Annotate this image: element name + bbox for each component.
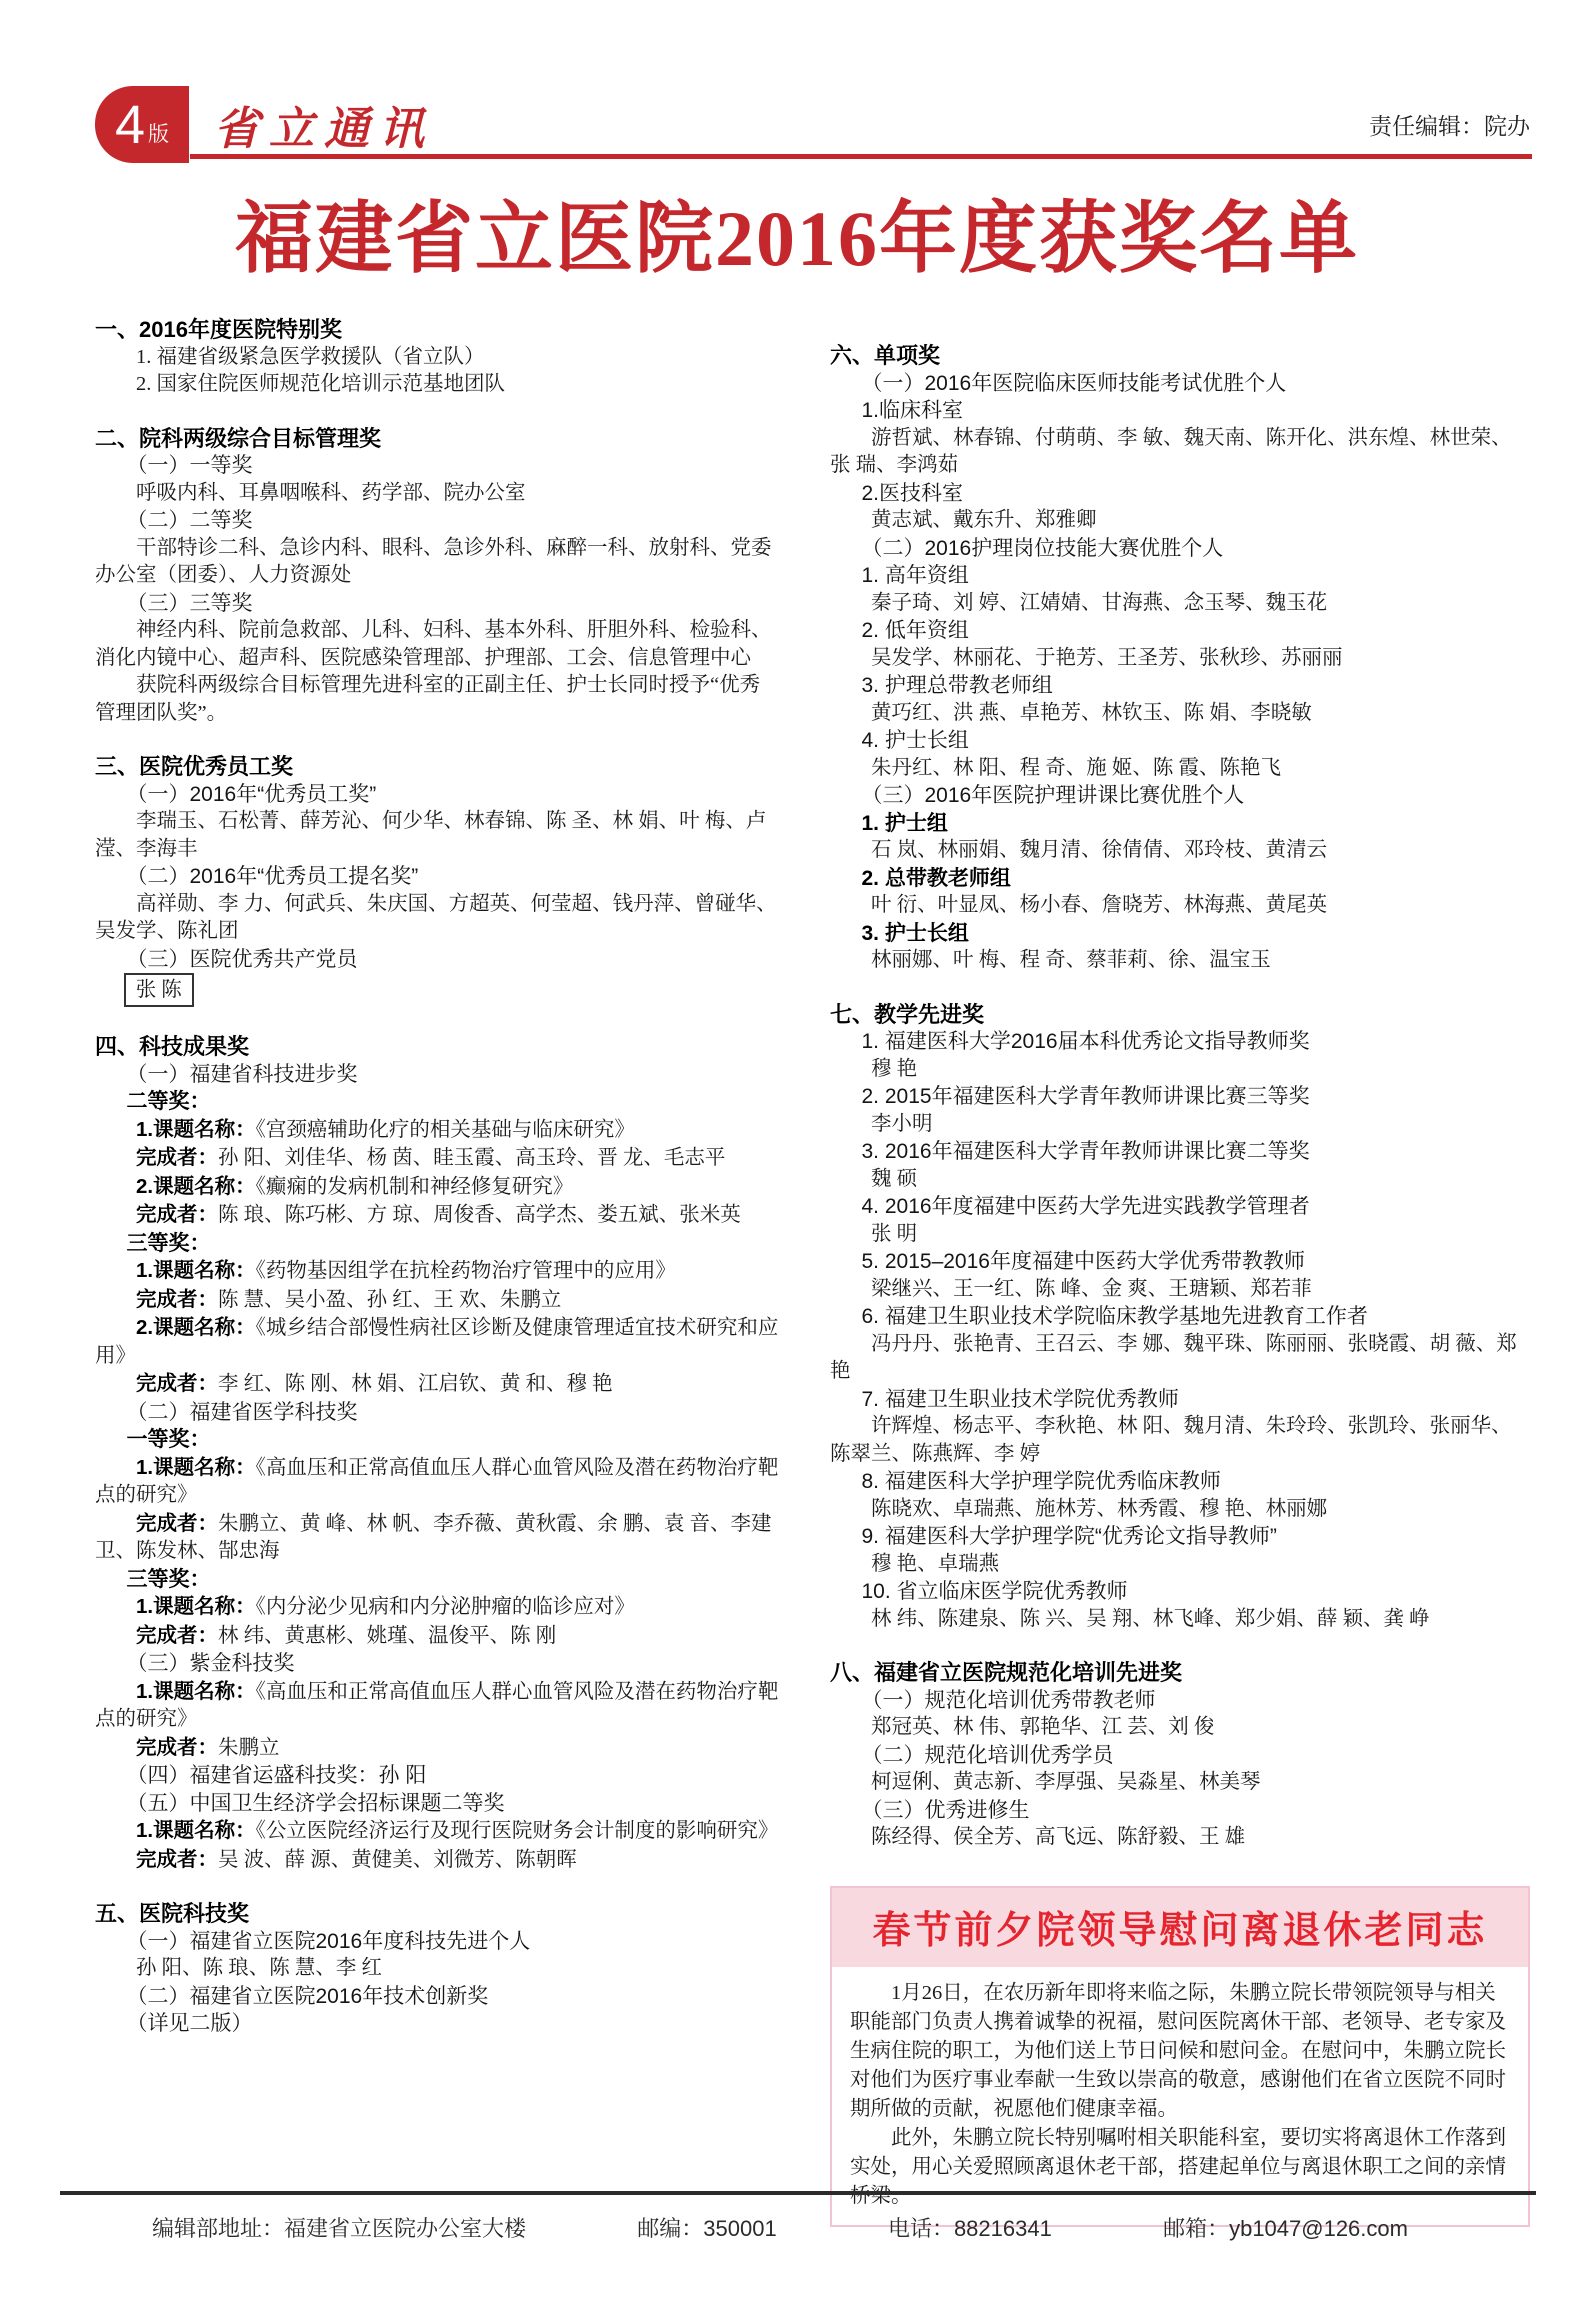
line-label: 2.课题名称：	[136, 1175, 256, 1198]
sub-heading: （三）医院优秀共产党员	[95, 946, 780, 974]
sub-heading: 1. 福建医科大学2016届本科优秀论文指导教师奖	[830, 1028, 1530, 1056]
sub-heading: （二）福建省医学科技奖	[95, 1399, 780, 1427]
names-line: 1. 福建省级紧急医学救援队（省立队）	[95, 344, 780, 372]
sub-heading: （一）规范化培训优秀带教老师	[830, 1687, 1530, 1715]
sub-heading: 1. 高年资组	[830, 562, 1530, 590]
right-column: 六、单项奖（一）2016年医院临床医师技能考试优胜个人1.临床科室游哲斌、林春锦…	[830, 316, 1530, 2227]
footer-rule	[60, 2191, 1536, 2195]
sub-heading: （五）中国卫生经济学会招标课题二等奖	[95, 1790, 780, 1818]
line-label: 完成者：	[136, 1146, 218, 1169]
sub-heading-bold: 3. 护士长组	[830, 920, 1530, 948]
notice-paragraph: 1月26日，在农历新年即将来临之际，朱鹏立院长带领院领导与相关职能部门负责人携着…	[850, 1979, 1510, 2124]
notice-box: 春节前夕院领导慰问离退休老同志 1月26日，在农历新年即将来临之际，朱鹏立院长带…	[830, 1886, 1530, 2227]
sub-heading: 8. 福建医科大学护理学院优秀临床教师	[830, 1468, 1530, 1496]
names-line: 李小明	[830, 1111, 1530, 1139]
section-heading: 一、2016年度医院特别奖	[95, 316, 780, 344]
sub-heading: 6. 福建卫生职业技术学院临床教学基地先进教育工作者	[830, 1303, 1530, 1331]
line-label: 完成者：	[136, 1848, 218, 1871]
names-line: 石 岚、林丽娟、魏月清、徐倩倩、邓玲枝、黄清云	[830, 837, 1530, 865]
names-line: 呼吸内科、耳鼻咽喉科、药学部、院办公室	[95, 480, 780, 508]
names-line: 干部特诊二科、急诊内科、眼科、急诊外科、麻醉一科、放射科、党委办公室（团委）、人…	[95, 535, 780, 590]
sub-heading-bold: 二等奖：	[95, 1088, 780, 1116]
line-label: 1.课题名称：	[136, 1680, 256, 1703]
page-header: 4 版 省立通讯 责任编辑：院办	[0, 0, 1594, 164]
names-line: 朱丹红、林 阳、程 奇、施 姬、陈 霞、陈艳飞	[830, 755, 1530, 783]
content-columns: 一、2016年度医院特别奖1. 福建省级紧急医学救援队（省立队）2. 国家住院医…	[0, 316, 1594, 2227]
names-line: 梁继兴、王一红、陈 峰、金 爽、王瑭颖、郑若菲	[830, 1276, 1530, 1304]
footer-phone: 电话：88216341	[888, 2212, 1052, 2243]
sub-heading: 2.医技科室	[830, 480, 1530, 508]
names-line: 2. 国家住院医师规范化培训示范基地团队	[95, 371, 780, 399]
page-number: 4	[115, 98, 145, 152]
names-line: 叶 衍、叶显凤、杨小春、詹晓芳、林海燕、黄尾英	[830, 892, 1530, 920]
boxed-name: 张 陈	[124, 973, 194, 1007]
names-line: 完成者：孙 阳、刘佳华、杨 茵、眭玉霞、高玉玲、晋 龙、毛志平	[95, 1144, 780, 1173]
sub-heading: （一）福建省立医院2016年度科技先进个人	[95, 1928, 780, 1956]
line-label: 完成者：	[136, 1288, 218, 1311]
sub-heading-bold: 2. 总带教老师组	[830, 865, 1530, 893]
line-label: 2.课题名称：	[136, 1316, 256, 1339]
sub-heading: 10. 省立临床医学院优秀教师	[830, 1578, 1530, 1606]
names-line: 柯逗俐、黄志新、李厚强、吴淼星、林美琴	[830, 1769, 1530, 1797]
names-line: 游哲斌、林春锦、付萌萌、李 敏、魏天南、陈开化、洪东煌、林世荣、张 瑞、李鸿茹	[830, 425, 1530, 480]
sub-heading: （一）福建省科技进步奖	[95, 1061, 780, 1089]
names-line: 黄志斌、戴东升、郑雅卿	[830, 507, 1530, 535]
names-line: 陈晓欢、卓瑞燕、施林芳、林秀霞、穆 艳、林丽娜	[830, 1496, 1530, 1524]
section-heading: 三、医院优秀员工奖	[95, 753, 780, 781]
sub-heading: （三）2016年医院护理讲课比赛优胜个人	[830, 782, 1530, 810]
names-line: 1.课题名称：《宫颈癌辅助化疗的相关基础与临床研究》	[95, 1116, 780, 1145]
line-label: 完成者：	[136, 1624, 218, 1647]
line-label: 1.课题名称：	[136, 1118, 256, 1141]
names-line: 孙 阳、陈 琅、陈 慧、李 红	[95, 1955, 780, 1983]
section-heading: 八、福建省立医院规范化培训先进奖	[830, 1659, 1530, 1687]
sub-heading: 3. 2016年福建医科大学青年教师讲课比赛二等奖	[830, 1138, 1530, 1166]
sub-heading: 4. 2016年度福建中医药大学先进实践教学管理者	[830, 1193, 1530, 1221]
section-heading: 七、教学先进奖	[830, 1001, 1530, 1029]
sub-heading: （三）优秀进修生	[830, 1797, 1530, 1825]
footer-email: 邮箱：yb1047@126.com	[1163, 2212, 1408, 2243]
names-line: 获院科两级综合目标管理先进科室的正副主任、护士长同时授予“优秀管理团队奖”。	[95, 672, 780, 727]
names-line: 完成者：陈 慧、吴小盈、孙 红、王 欢、朱鹏立	[95, 1286, 780, 1315]
sub-heading: 2. 低年资组	[830, 617, 1530, 645]
names-line: 许辉煌、杨志平、李秋艳、林 阳、魏月清、朱玲玲、张凯玲、张丽华、陈翠兰、陈燕辉、…	[830, 1413, 1530, 1468]
names-line: 冯丹丹、张艳青、王召云、李 娜、魏平珠、陈丽丽、张晓霞、胡 薇、郑 艳	[830, 1331, 1530, 1386]
names-line: 神经内科、院前急救部、儿科、妇科、基本外科、肝胆外科、检验科、消化内镜中心、超声…	[95, 617, 780, 672]
editor-note: 责任编辑：院办	[1369, 108, 1530, 141]
masthead-logo: 省立通讯	[214, 92, 434, 157]
page-title: 福建省立医院2016年度获奖名单	[0, 176, 1594, 288]
section-heading: 二、院科两级综合目标管理奖	[95, 425, 780, 453]
boxed-name-line: 张 陈	[95, 973, 780, 1007]
notice-title: 春节前夕院领导慰问离退休老同志	[832, 1899, 1528, 1954]
footer-postcode: 邮编：350001	[637, 2212, 776, 2243]
sub-heading-bold: 三等奖：	[95, 1566, 780, 1594]
sub-heading: （三）紫金科技奖	[95, 1650, 780, 1678]
names-line: 2.课题名称：《癫痫的发病机制和神经修复研究》	[95, 1173, 780, 1202]
names-line: 1.课题名称：《公立医院经济运行及现行医院财务会计制度的影响研究》	[95, 1817, 780, 1846]
line-label: 完成者：	[136, 1203, 218, 1226]
names-line: 林 纬、陈建泉、陈 兴、吴 翔、林飞峰、郑少娟、薛 颖、龚 峥	[830, 1606, 1530, 1634]
names-line: 完成者：李 红、陈 刚、林 娟、江启钦、黄 和、穆 艳	[95, 1370, 780, 1399]
sub-heading: （二）2016护理岗位技能大赛优胜个人	[830, 535, 1530, 563]
footer-address: 编辑部地址：福建省立医院办公室大楼	[152, 2212, 526, 2243]
sub-heading: （二）规范化培训优秀学员	[830, 1742, 1530, 1770]
notice-paragraph: 此外，朱鹏立院长特别嘱咐相关职能科室，要切实将离退休工作落到实处，用心关爱照顾离…	[850, 2124, 1510, 2211]
names-line: 李瑞玉、石松菁、薛芳沁、何少华、林春锦、陈 圣、林 娟、叶 梅、卢 滢、李海丰	[95, 808, 780, 863]
sub-heading: （二）二等奖	[95, 507, 780, 535]
names-line: 高祥勋、李 力、何武兵、朱庆国、方超英、何莹超、钱丹萍、曾碰华、吴发学、陈礼团	[95, 891, 780, 946]
line-label: 完成者：	[136, 1372, 218, 1395]
names-line: 完成者：吴 波、薛 源、黄健美、刘微芳、陈朝晖	[95, 1846, 780, 1875]
names-line: 1.课题名称：《高血压和正常高值血压人群心血管风险及潜在药物治疗靶点的研究》	[95, 1678, 780, 1734]
sub-heading: 4. 护士长组	[830, 727, 1530, 755]
newspaper-page: 4 版 省立通讯 责任编辑：院办 福建省立医院2016年度获奖名单 一、2016…	[0, 0, 1594, 2303]
notice-body: 1月26日，在农历新年即将来临之际，朱鹏立院长带领院领导与相关职能部门负责人携着…	[832, 1967, 1528, 2225]
sub-heading: 9. 福建医科大学护理学院“优秀论文指导教师”	[830, 1523, 1530, 1551]
line-label: 完成者：	[136, 1512, 218, 1535]
names-line: 完成者：林 纬、黄惠彬、姚瑾、温俊平、陈 刚	[95, 1622, 780, 1651]
section-heading: 六、单项奖	[830, 342, 1530, 370]
sub-heading: 7. 福建卫生职业技术学院优秀教师	[830, 1386, 1530, 1414]
sub-heading: 3. 护理总带教老师组	[830, 672, 1530, 700]
sub-heading: （三）三等奖	[95, 590, 780, 618]
sub-heading-bold: 1. 护士组	[830, 810, 1530, 838]
names-line: 黄巧红、洪 燕、卓艳芳、林钦玉、陈 娟、李晓敏	[830, 700, 1530, 728]
sub-heading: （一）2016年“优秀员工奖”	[95, 781, 780, 809]
line-label: 1.课题名称：	[136, 1595, 256, 1618]
page-number-badge: 4 版	[95, 86, 189, 163]
names-line: 完成者：陈 琅、陈巧彬、方 琼、周俊香、高学杰、娄五斌、张米英	[95, 1201, 780, 1230]
names-line: 陈经得、侯全芳、高飞远、陈舒毅、王 雄	[830, 1824, 1530, 1852]
sub-heading: 5. 2015–2016年度福建中医药大学优秀带教教师	[830, 1248, 1530, 1276]
names-line: 1.课题名称：《内分泌少见病和内分泌肿瘤的临诊应对》	[95, 1593, 780, 1622]
names-line: 魏 硕	[830, 1166, 1530, 1194]
line-label: 1.课题名称：	[136, 1259, 256, 1282]
page-footer: 编辑部地址：福建省立医院办公室大楼 邮编：350001 电话：88216341 …	[60, 2212, 1536, 2243]
sub-heading: 2. 2015年福建医科大学青年教师讲课比赛三等奖	[830, 1083, 1530, 1111]
names-line: 吴发学、林丽花、于艳芳、王圣芳、张秋珍、苏丽丽	[830, 645, 1530, 673]
section-heading: 四、科技成果奖	[95, 1033, 780, 1061]
names-line: 1.课题名称：《高血压和正常高值血压人群心血管风险及潜在药物治疗靶点的研究》	[95, 1454, 780, 1510]
names-line: 2.课题名称：《城乡结合部慢性病社区诊断及健康管理适宜技术研究和应用》	[95, 1314, 780, 1370]
sub-heading: （详见二版）	[95, 2010, 780, 2038]
line-label: 1.课题名称：	[136, 1456, 256, 1479]
sub-heading: （四）福建省运盛科技奖：孙 阳	[95, 1762, 780, 1790]
names-line: 1.课题名称：《药物基因组学在抗栓药物治疗管理中的应用》	[95, 1257, 780, 1286]
names-line: 完成者：朱鹏立、黄 峰、林 帆、李乔薇、黄秋霞、余 鹏、袁 音、李建卫、陈发林、…	[95, 1510, 780, 1566]
sub-heading: （一）一等奖	[95, 452, 780, 480]
names-line: 完成者：朱鹏立	[95, 1734, 780, 1763]
names-line: 穆 艳、卓瑞燕	[830, 1551, 1530, 1579]
names-line: 秦子琦、刘 婷、江婧婧、甘海燕、念玉琴、魏玉花	[830, 590, 1530, 618]
section-heading: 五、医院科技奖	[95, 1900, 780, 1928]
names-line: 张 明	[830, 1221, 1530, 1249]
sub-heading-bold: 三等奖：	[95, 1230, 780, 1258]
right-column-lines: 六、单项奖（一）2016年医院临床医师技能考试优胜个人1.临床科室游哲斌、林春锦…	[830, 342, 1530, 1852]
line-label: 1.课题名称：	[136, 1819, 256, 1842]
header-rule	[190, 154, 1532, 159]
sub-heading: （二）福建省立医院2016年技术创新奖	[95, 1983, 780, 2011]
left-column: 一、2016年度医院特别奖1. 福建省级紧急医学救援队（省立队）2. 国家住院医…	[95, 316, 780, 2227]
sub-heading: 1.临床科室	[830, 397, 1530, 425]
sub-heading: （一）2016年医院临床医师技能考试优胜个人	[830, 370, 1530, 398]
sub-heading-bold: 一等奖：	[95, 1426, 780, 1454]
names-line: 郑冠英、林 伟、郭艳华、江 芸、刘 俊	[830, 1714, 1530, 1742]
names-line: 林丽娜、叶 梅、程 奇、蔡菲莉、徐、温宝玉	[830, 947, 1530, 975]
page-number-suffix: 版	[148, 118, 169, 148]
line-label: 完成者：	[136, 1736, 218, 1759]
notice-title-band: 春节前夕院领导慰问离退休老同志	[832, 1888, 1528, 1967]
sub-heading: （二）2016年“优秀员工提名奖”	[95, 863, 780, 891]
names-line: 穆 艳	[830, 1056, 1530, 1084]
